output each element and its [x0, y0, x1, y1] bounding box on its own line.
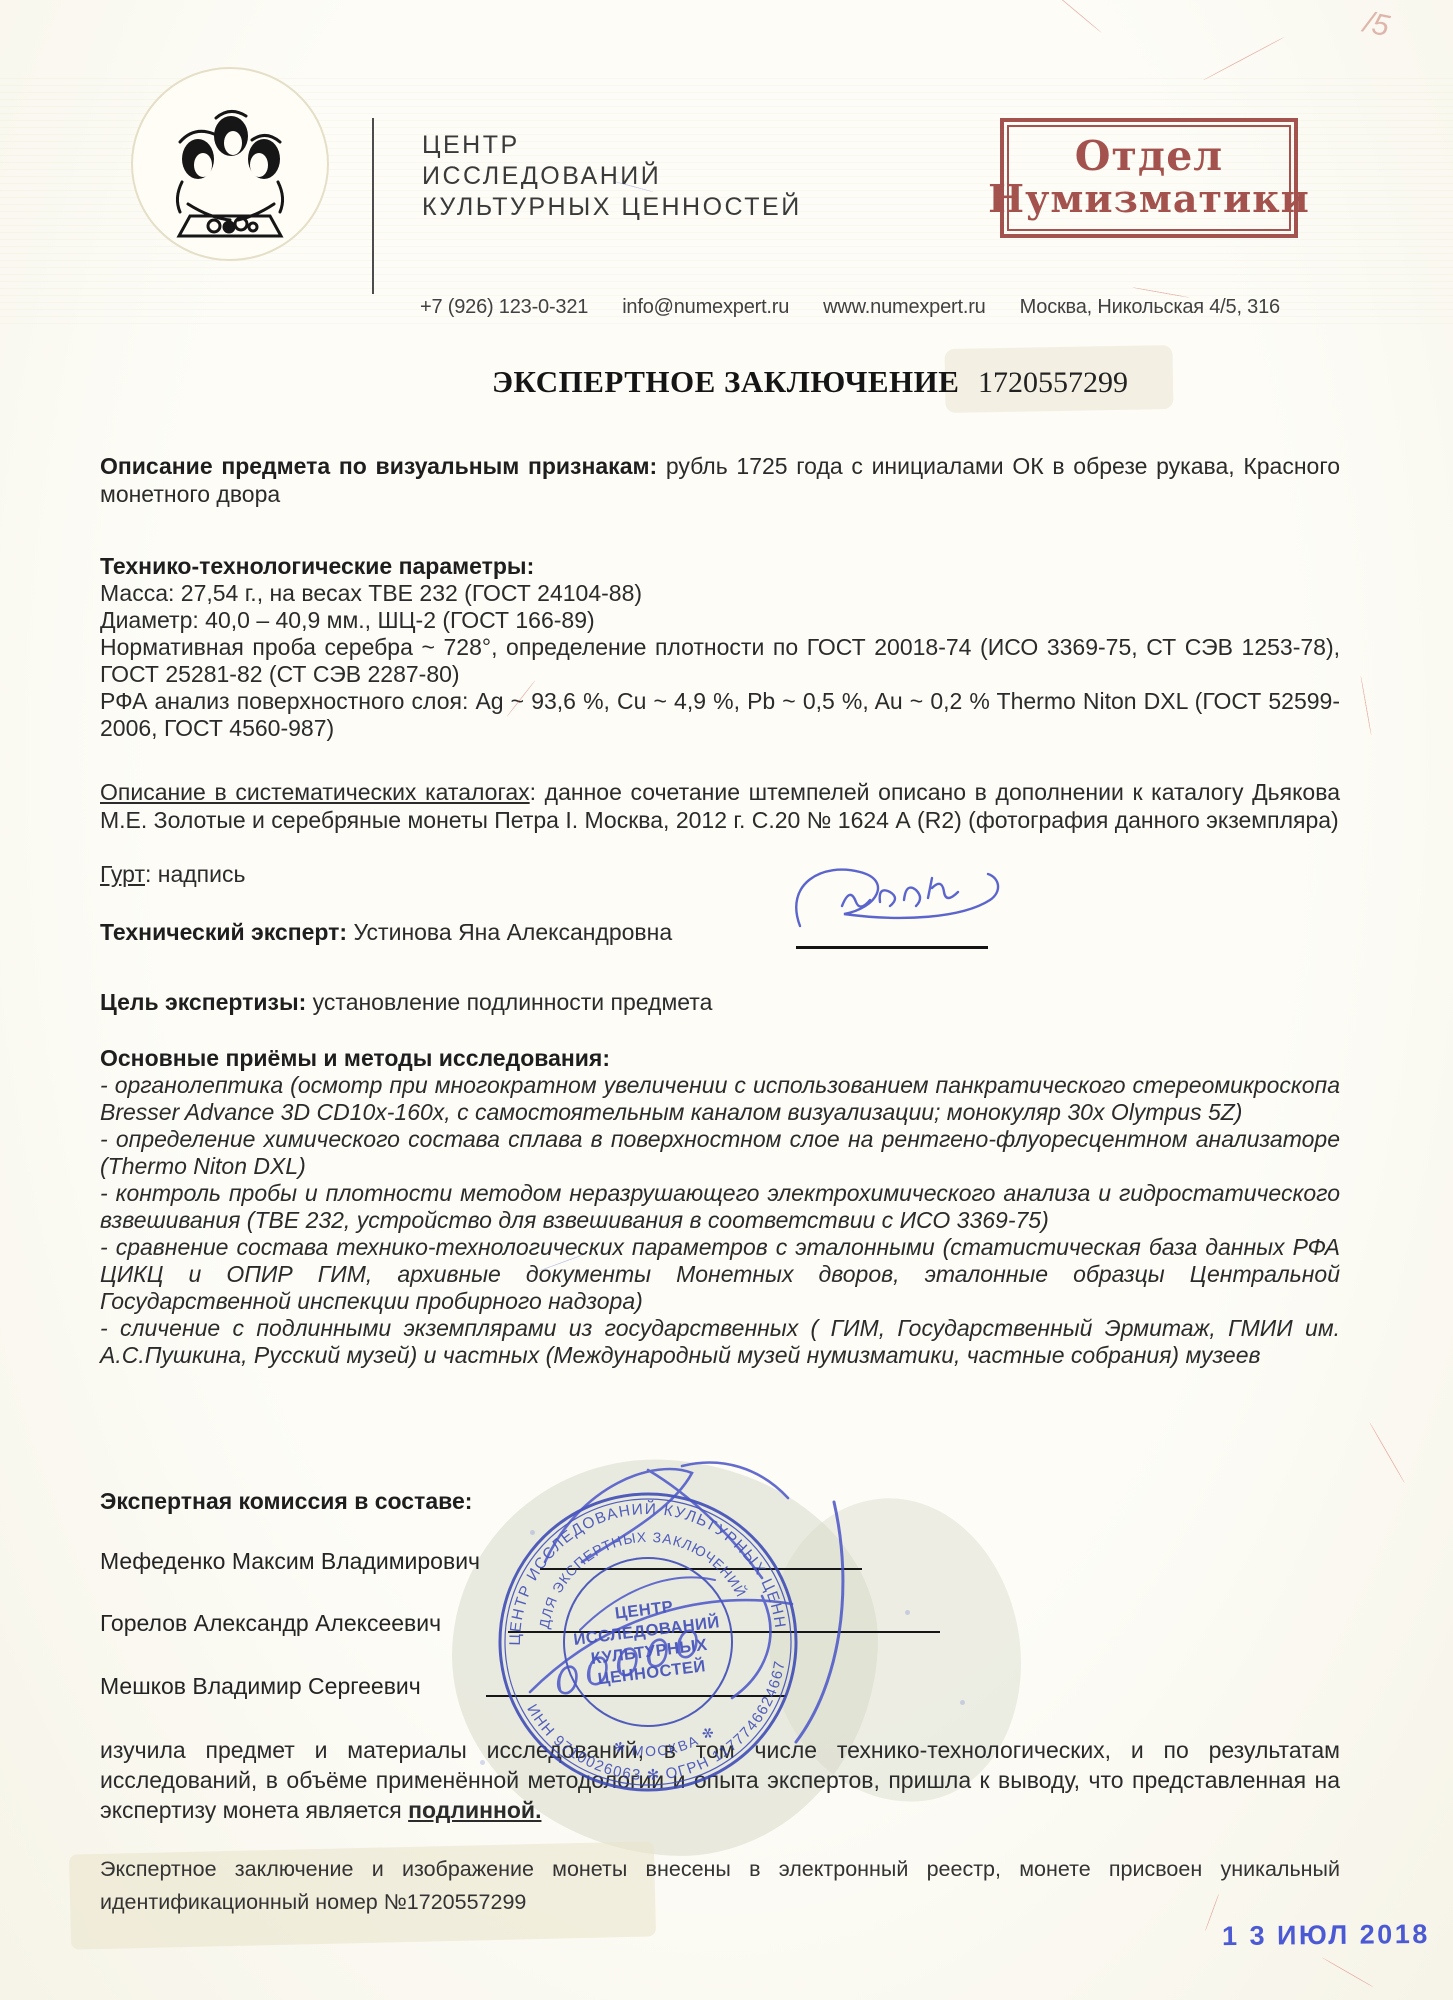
method-item: - определение химического состава сплава…: [100, 1126, 1340, 1180]
ustinova-signature: [782, 856, 1012, 948]
tech-param-assay: Нормативная проба серебра ~ 728°, опреде…: [100, 634, 1340, 688]
paper-fiber: [1048, 0, 1102, 33]
document-title: ЭКСПЕРТНОЕ ЗАКЛЮЧЕНИЕ: [492, 364, 959, 400]
contact-info-row: +7 (926) 123-0-321 info@numexpert.ru www…: [420, 296, 1340, 319]
commission-member-name: Мефеденко Максим Владимирович: [100, 1548, 480, 1575]
technical-expert-name: Устинова Яна Александровна: [347, 919, 672, 945]
postal-address: Москва, Никольская 4/5, 316: [1020, 296, 1280, 319]
phone-number: +7 (926) 123-0-321: [420, 296, 588, 319]
purpose-text: установление подлинности предмета: [306, 989, 712, 1015]
method-item: - органолептика (осмотр при многократном…: [100, 1072, 1340, 1126]
method-item: - контроль пробы и плотности методом нер…: [100, 1180, 1340, 1234]
handwritten-corner-mark: /5: [1361, 6, 1393, 44]
technical-expert-lead: Технический эксперт:: [100, 919, 347, 945]
tech-param-xrf: РФА анализ поверхностного слоя: Ag ~ 93,…: [100, 688, 1340, 742]
paper-fiber: [1369, 1422, 1405, 1483]
dept-stamp-line2: Нумизматики: [988, 177, 1310, 221]
tech-param-diameter: Диаметр: 40,0 – 40,9 мм., ШЦ-2 (ГОСТ 166…: [100, 607, 1340, 634]
purpose-line: Цель экспертизы: установление подлинност…: [100, 988, 1340, 1016]
header-divider-line: [372, 118, 374, 294]
paper-fiber: [1203, 36, 1285, 80]
date-received-stamp: 1 3 ИЮЛ 2018: [1222, 1919, 1430, 1952]
method-item: - сравнение состава технико-технологичес…: [100, 1234, 1340, 1315]
document-number: 1720557299: [978, 366, 1128, 400]
catalog-description-lead: Описание в систематических каталогах: [100, 779, 530, 805]
email-address: info@numexpert.ru: [622, 296, 789, 319]
org-name-line: ИССЛЕДОВАНИЙ: [422, 161, 802, 192]
tech-params-section: Технико-технологические параметры: Масса…: [100, 553, 1340, 742]
signature-loops: [558, 1631, 696, 1693]
center-logo-numismatists-icon: [128, 64, 333, 266]
edge-text: : надпись: [145, 861, 245, 887]
numismatics-department-stamp-inner-border: Отдел Нумизматики: [1007, 125, 1291, 231]
edge-lead: Гурт: [100, 861, 145, 887]
methods-heading: Основные приёмы и методы исследования:: [100, 1044, 1340, 1072]
signature-long-stroke: [796, 1502, 843, 1742]
org-name-line: ЦЕНТР: [422, 130, 802, 161]
commission-member-name: Горелов Александр Алексеевич: [100, 1610, 441, 1637]
edge-inscription-line: Гурт: надпись: [100, 860, 1340, 888]
registry-note-paragraph: Экспертное заключение и изображение моне…: [100, 1853, 1340, 1919]
org-name-line: КУЛЬТУРНЫХ ЦЕННОСТЕЙ: [422, 192, 802, 223]
tech-params-heading: Технико-технологические параметры:: [100, 553, 1340, 580]
purpose-lead: Цель экспертизы:: [100, 989, 306, 1015]
catalog-description-paragraph: Описание в систематических каталогах: да…: [100, 778, 1340, 834]
org-name: ЦЕНТР ИССЛЕДОВАНИЙ КУЛЬТУРНЫХ ЦЕННОСТЕЙ: [422, 130, 802, 223]
signature-scribble: [648, 1470, 762, 1578]
paper-fiber: [1322, 1957, 1374, 1988]
website-url: www.numexpert.ru: [823, 296, 985, 319]
numismatics-department-stamp-box: Отдел Нумизматики: [1000, 118, 1298, 238]
dept-stamp-line1: Отдел: [1075, 135, 1223, 177]
technical-expert-line: Технический эксперт: Устинова Яна Алекса…: [100, 918, 1340, 946]
visual-description-paragraph: Описание предмета по визуальным признака…: [100, 452, 1340, 508]
tech-param-mass: Масса: 27,54 г., на весах ТВЕ 232 (ГОСТ …: [100, 580, 1340, 607]
commission-member-name: Мешков Владимир Сергеевич: [100, 1673, 421, 1700]
commission-signatures-scribbles: [430, 1440, 1020, 1860]
signature-scribble: [732, 1596, 770, 1698]
method-item: - сличение с подлинными экземплярами из …: [100, 1315, 1340, 1369]
scanned-expert-report-page: ЦЕНТР ИССЛЕДОВАНИЙ КУЛЬТУРНЫХ ЦЕННОСТЕЙ …: [0, 0, 1453, 2000]
signature-scribble: [682, 1463, 788, 1498]
paper-fiber: [1360, 676, 1371, 735]
visual-description-lead: Описание предмета по визуальным признака…: [100, 453, 657, 479]
methods-section: Основные приёмы и методы исследования: -…: [100, 1044, 1340, 1369]
